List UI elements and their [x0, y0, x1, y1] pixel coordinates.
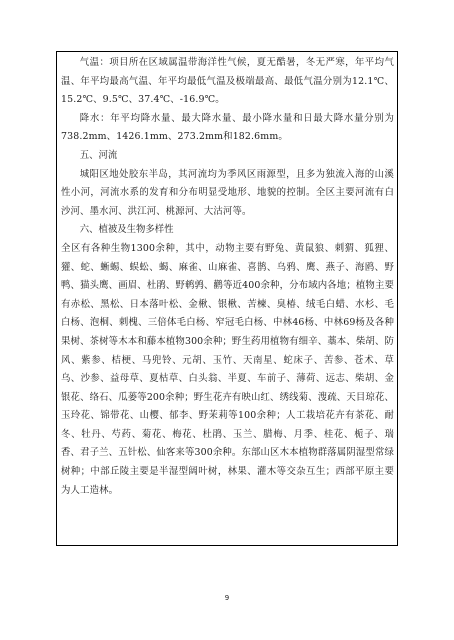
temperature-paragraph: 气温：项目所在区域属温带海洋性气候，夏无酷暑，冬无严寒，年平均气温、年平均最高气… [61, 54, 394, 110]
biodiversity-paragraph: 全区有各种生物1300余种，其中，动物主要有野兔、黄鼠狼、刺猬、狐狸、獾、蛇、蜥… [61, 240, 394, 500]
rivers-paragraph: 城阳区地处胶东半岛，其河流均为季风区雨源型，且多为独流入海的山溪性小河，河流水系… [61, 166, 394, 222]
content-table-cell: 气温：项目所在区域属温带海洋性气候，夏无酷暑，冬无严寒，年平均气温、年平均最高气… [56, 51, 398, 546]
document-body: 气温：项目所在区域属温带海洋性气候，夏无酷暑，冬无严寒，年平均气温、年平均最高气… [61, 54, 394, 500]
page-number: 9 [0, 594, 454, 602]
precipitation-paragraph: 降水：年平均降水量、最大降水量、最小降水量和日最大降水量分别为738.2mm、1… [61, 110, 394, 147]
biodiversity-heading: 六、植被及生物多样性 [61, 221, 394, 240]
rivers-heading: 五、河流 [61, 147, 394, 166]
